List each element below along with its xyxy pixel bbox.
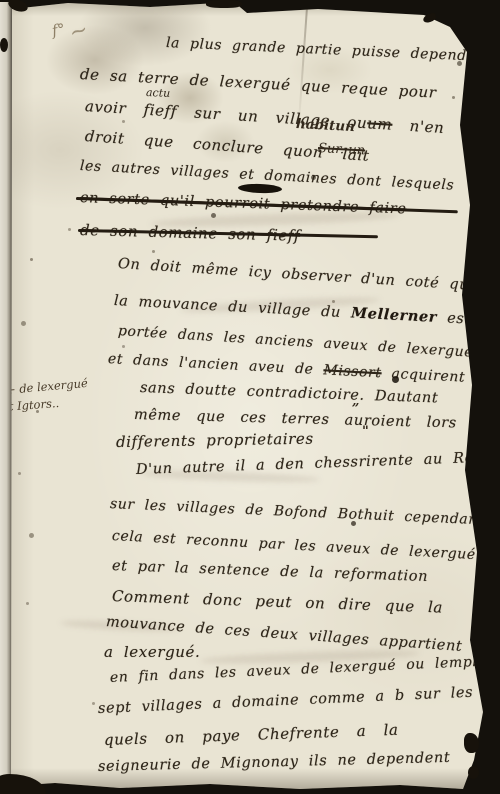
ink-blot: [206, 0, 242, 8]
insertion-caret: „: [352, 394, 359, 409]
paper-sheet: f° ~ la plus grande partie puisse depend…: [0, 0, 500, 794]
manuscript-line: On doit même icy observer d'un coté que: [118, 256, 479, 294]
ink-blot: [464, 733, 479, 753]
manuscript-line: D'un autre il a den chessrirente au Roy: [136, 450, 483, 478]
manuscript-line: de sa terre de lexergué que reque pour: [80, 65, 437, 102]
manuscript-line: Comment donc peut on dire que la: [112, 587, 444, 617]
paper-crease: [298, 2, 309, 127]
folio-flourish: ~: [66, 17, 91, 46]
line-part: est: [437, 310, 472, 328]
manuscript-line: differents proprietaires: [116, 430, 314, 451]
line-part-emphasis: Mellerner: [351, 304, 438, 325]
manuscript-line: cela est reconnu par les aveux de lexerg…: [112, 528, 477, 563]
margin-note: + de lexergué: [5, 376, 88, 397]
ink-blot: [0, 38, 8, 52]
manuscript-line: seigneurie de Mignonay ils ne dependent: [98, 750, 451, 775]
manuscript-line: a lexergué.: [104, 643, 200, 661]
ink-blot: [468, 766, 479, 779]
manuscript-line: sans doutte contradictoire. Dautant: [140, 380, 439, 406]
interlinear-insertion: actu: [146, 86, 171, 100]
line-part: la mouvance du village du: [114, 293, 352, 321]
manuscript-line: la mouvance du village du Mellerner est: [114, 292, 472, 328]
manuscript-line: la plus grande partie puisse dependre: [166, 35, 484, 65]
ink-blot: [238, 183, 282, 194]
line-part: acquirent: [381, 365, 465, 385]
line-part: n'en: [392, 116, 445, 137]
manuscript-line: sept villages a domaine comme a b sur le…: [98, 685, 474, 717]
adjacent-page-edge: [0, 2, 12, 790]
interlinear-insertion-struck: Sur. un: [318, 141, 366, 158]
manuscript-scan: f° ~ la plus grande partie puisse depend…: [0, 0, 500, 794]
line-part: et dans l'ancien aveu de: [108, 351, 324, 378]
interlinear-insertion: habitun: [296, 116, 356, 135]
manuscript-line: même que ces terres auroient lors: [134, 407, 457, 431]
manuscript-line: et par la sentence de la reformation: [112, 558, 429, 585]
line-part-struck: um: [367, 114, 393, 133]
manuscript-line: sur les villages de Bofond Bothuit cepen…: [110, 496, 485, 528]
line-part-struck: Missort: [323, 362, 382, 381]
manuscript-line: quels on paye Chefrente a la: [104, 721, 399, 749]
folio-mark: f°: [50, 20, 66, 40]
insertion-caret: ": [362, 424, 369, 439]
